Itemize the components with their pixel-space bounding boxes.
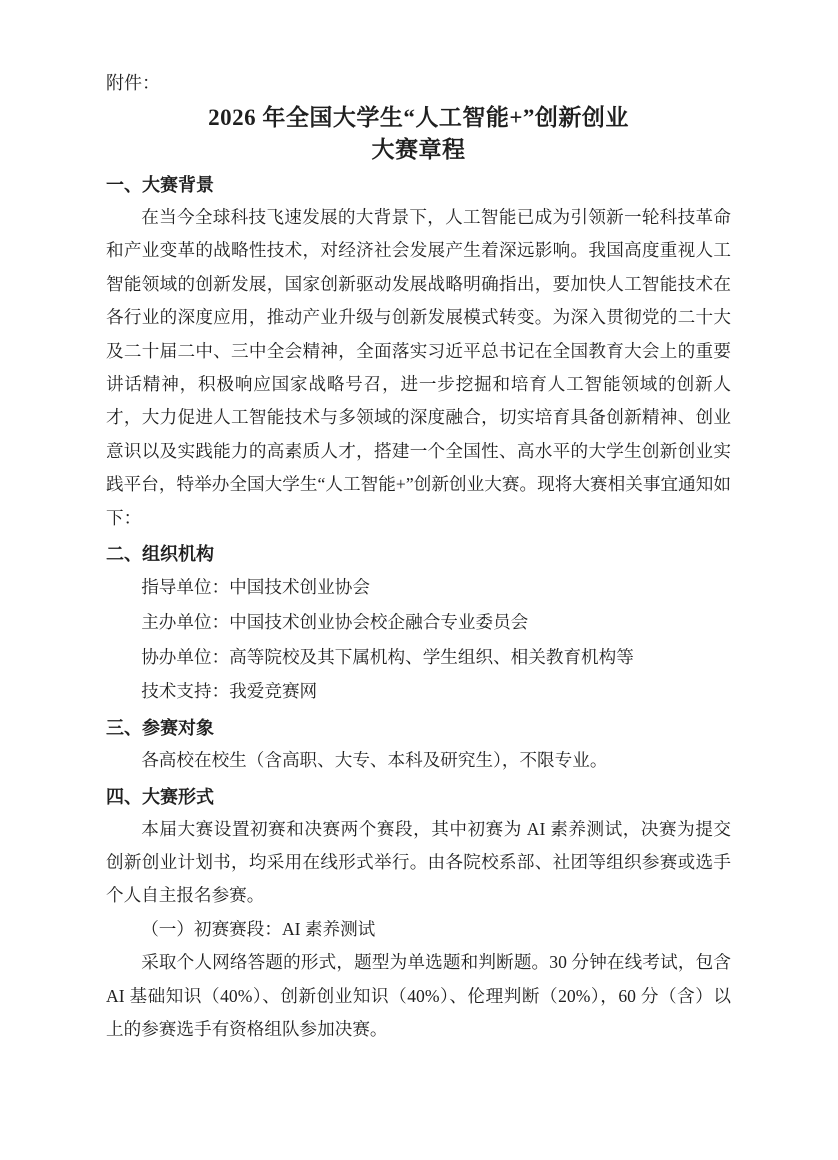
org-item-co-organizer-unit: 协办单位：高等院校及其下属机构、学生组织、相关教育机构等: [106, 640, 731, 675]
org-item-tech-support: 技术支持：我爱竞赛网: [106, 674, 731, 709]
attachment-label: 附件：: [106, 70, 731, 96]
document-title-line2: 大赛章程: [106, 134, 731, 166]
document-title-line1: 2026 年全国大学生“人工智能+”创新创业: [106, 102, 731, 134]
document-page: 附件： 2026 年全国大学生“人工智能+”创新创业 大赛章程 一、大赛背景 在…: [0, 0, 838, 1160]
background-paragraph: 在当今全球科技飞速发展的大背景下，人工智能已成为引领新一轮科技革命和产业变革的战…: [106, 201, 731, 535]
org-item-guidance-unit: 指导单位：中国技术创业协会: [106, 570, 731, 605]
org-item-host-unit: 主办单位：中国技术创业协会校企融合专业委员会: [106, 605, 731, 640]
section-heading-organization: 二、组织机构: [106, 538, 731, 570]
format-paragraph: 本届大赛设置初赛和决赛两个赛段，其中初赛为 AI 素养测试，决赛为提交创新创业计…: [106, 813, 731, 913]
section-heading-participants: 三、参赛对象: [106, 712, 731, 744]
participants-paragraph: 各高校在校生（含高职、大专、本科及研究生），不限专业。: [106, 744, 731, 777]
preliminary-detail-paragraph: 采取个人网络答题的形式，题型为单选题和判断题。30 分钟在线考试，包含 AI 基…: [106, 946, 731, 1046]
section-heading-background: 一、大赛背景: [106, 169, 731, 201]
section-heading-format: 四、大赛形式: [106, 781, 731, 813]
subsection-heading-preliminary: （一）初赛赛段：AI 素养测试: [106, 913, 731, 946]
